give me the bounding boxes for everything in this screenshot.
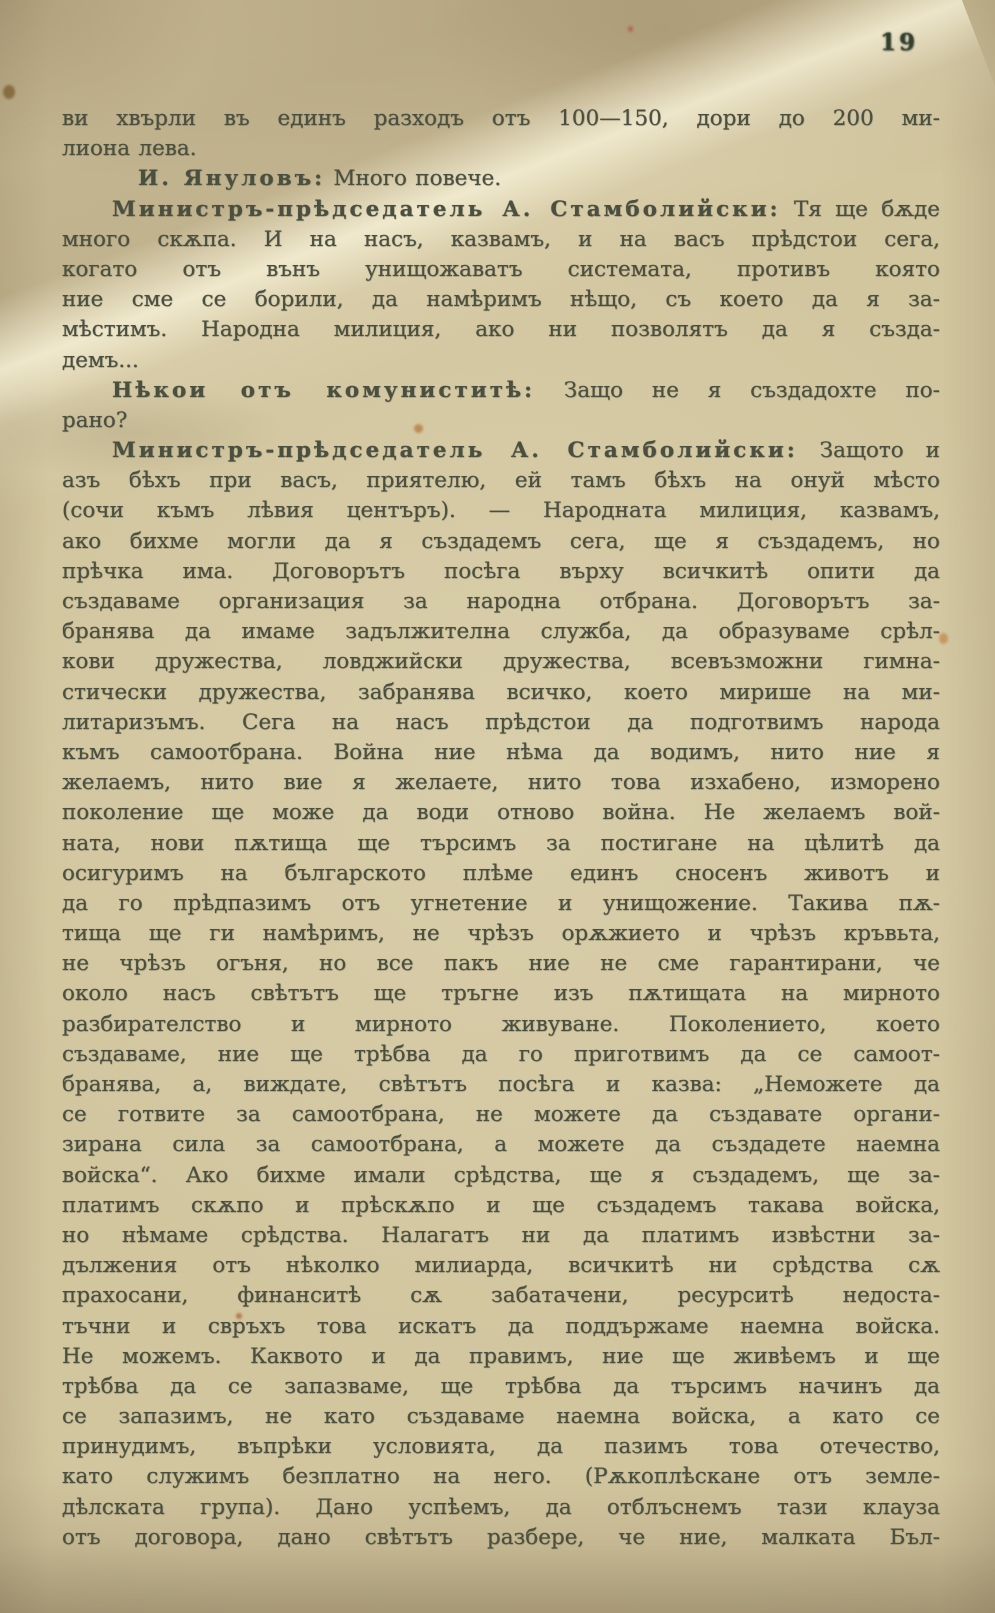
text-line: платимъ скѫпо и прѣскѫпо и ще създадемъ …	[62, 1191, 940, 1221]
text-line: прахосани, финанситѣ сѫ забатачени, ресу…	[62, 1281, 940, 1311]
paragraph: И. Януловъ: Много повече.	[62, 164, 940, 194]
text-line: дължения отъ нѣколко милиарда, всичкитѣ …	[62, 1251, 940, 1281]
text-line: поколение ще може да води отново война. …	[62, 798, 940, 828]
text-line: ако бихме могли да я създадемъ сега, ще …	[62, 527, 940, 557]
text-line: се готвите за самоотбрана, не можете да …	[62, 1100, 940, 1130]
text-line: Министръ-прѣдседатель А. Стамболийски: Т…	[62, 195, 940, 225]
text-line: трѣбва да се запазваме, ще трѣбва да тър…	[62, 1372, 940, 1402]
text-line: лиона лева.	[62, 134, 940, 164]
speaker-name: Министръ-прѣдседатель А. Стамболийски:	[112, 197, 781, 222]
text-line: стически дружества, забранява всичко, ко…	[62, 678, 940, 708]
text-line: но нѣмаме срѣдства. Налагатъ ни да плати…	[62, 1221, 940, 1251]
text-line: създаваме организация за народна отбрана…	[62, 587, 940, 617]
text-line: желаемъ, нито вие я желаете, нито това и…	[62, 768, 940, 798]
text-line: рано?	[62, 406, 940, 436]
text-line: азъ бѣхъ при васъ, приятелю, ей тамъ бѣх…	[62, 466, 940, 496]
text-line: Не можемъ. Каквото и да правимъ, ние ще …	[62, 1342, 940, 1372]
text-line: И. Януловъ: Много повече.	[62, 164, 940, 194]
text-line: ви хвърли въ единъ разходъ отъ 100—150, …	[62, 104, 940, 134]
text-line: не чрѣзъ огъня, но все пакъ ние не сме г…	[62, 949, 940, 979]
text-line: зирана сила за самоотбрана, а можете да …	[62, 1130, 940, 1160]
text-line: войска“. Ако бихме имали срѣдства, ще я …	[62, 1161, 940, 1191]
text-line: създаваме, ние ще трѣбва да го приготвим…	[62, 1040, 940, 1070]
text-line: отъ договора, дано свѣтътъ разбере, че н…	[62, 1523, 940, 1553]
text-line: тища ще ги намѣримъ, не чрѣзъ орѫжието и…	[62, 919, 940, 949]
paragraph: Нѣкои отъ комуниститѣ: Защо не я създадо…	[62, 376, 940, 436]
text-line: разбирателство и мирното живуване. Покол…	[62, 1010, 940, 1040]
text-line: дѣлската група). Дано успѣемъ, да отблъс…	[62, 1493, 940, 1523]
text-line: бранява да имаме задължителна служба, да…	[62, 617, 940, 647]
text-block: ви хвърли въ единъ разходъ отъ 100—150, …	[62, 104, 940, 1553]
stain-spot	[628, 26, 633, 32]
text-line: ната, нови пѫтища ще търсимъ за постиган…	[62, 829, 940, 859]
stain-spot	[939, 633, 948, 644]
text-line: да го прѣдпазимъ отъ угнетение и унищоже…	[62, 889, 940, 919]
text-line: тъчни и свръхъ това искатъ да поддържаме…	[62, 1312, 940, 1342]
text-line: Министръ-прѣдседатель А. Стамболийски: З…	[62, 436, 940, 466]
text-line: мѣстимъ. Народна милиция, ако ни позволя…	[62, 315, 940, 345]
text-line: Нѣкои отъ комуниститѣ: Защо не я създадо…	[62, 376, 940, 406]
text-line: ние сме се борили, да намѣримъ нѣщо, съ …	[62, 285, 940, 315]
text-line: около насъ свѣтътъ ще тръгне изъ пѫтищат…	[62, 979, 940, 1009]
speaker-name: Министръ-прѣдседатель А. Стамболийски:	[112, 438, 798, 463]
speaker-name: Нѣкои отъ комуниститѣ:	[112, 378, 535, 403]
text-line: демъ...	[62, 346, 940, 376]
stain-spot	[3, 85, 15, 99]
text-line: много скѫпа. И на насъ, казвамъ, и на ва…	[62, 225, 940, 255]
text-line: осигуримъ на българското плѣме единъ сно…	[62, 859, 940, 889]
text-line: къмъ самоотбрана. Война ние нѣма да води…	[62, 738, 940, 768]
text-line: бранява, а, виждате, свѣтътъ посѣга и ка…	[62, 1070, 940, 1100]
text-line: се запазимъ, не като създаваме наемна во…	[62, 1402, 940, 1432]
page-number: 19	[880, 29, 918, 56]
text-line: литаризъмъ. Сега на насъ прѣдстои да под…	[62, 708, 940, 738]
paragraph: Министръ-прѣдседатель А. Стамболийски: Т…	[62, 195, 940, 376]
scanned-document-page: 19 ви хвърли въ единъ разходъ отъ 100—15…	[0, 0, 995, 1613]
text-line: принудимъ, въпрѣки условията, да пазимъ …	[62, 1432, 940, 1462]
paragraph: Министръ-прѣдседатель А. Стамболийски: З…	[62, 436, 940, 1553]
text-line: прѣчка има. Договорътъ посѣга върху всич…	[62, 557, 940, 587]
text-line: когато отъ вънъ унищожаватъ системата, п…	[62, 255, 940, 285]
text-line: (сочи къмъ лѣвия центъръ). — Народната м…	[62, 496, 940, 526]
text-line: кови дружества, ловджийски дружества, вс…	[62, 647, 940, 677]
speaker-name: И. Януловъ:	[138, 166, 325, 191]
text-line: като служимъ безплатно на него. (Рѫкоплѣ…	[62, 1462, 940, 1492]
paragraph: ви хвърли въ единъ разходъ отъ 100—150, …	[62, 104, 940, 164]
